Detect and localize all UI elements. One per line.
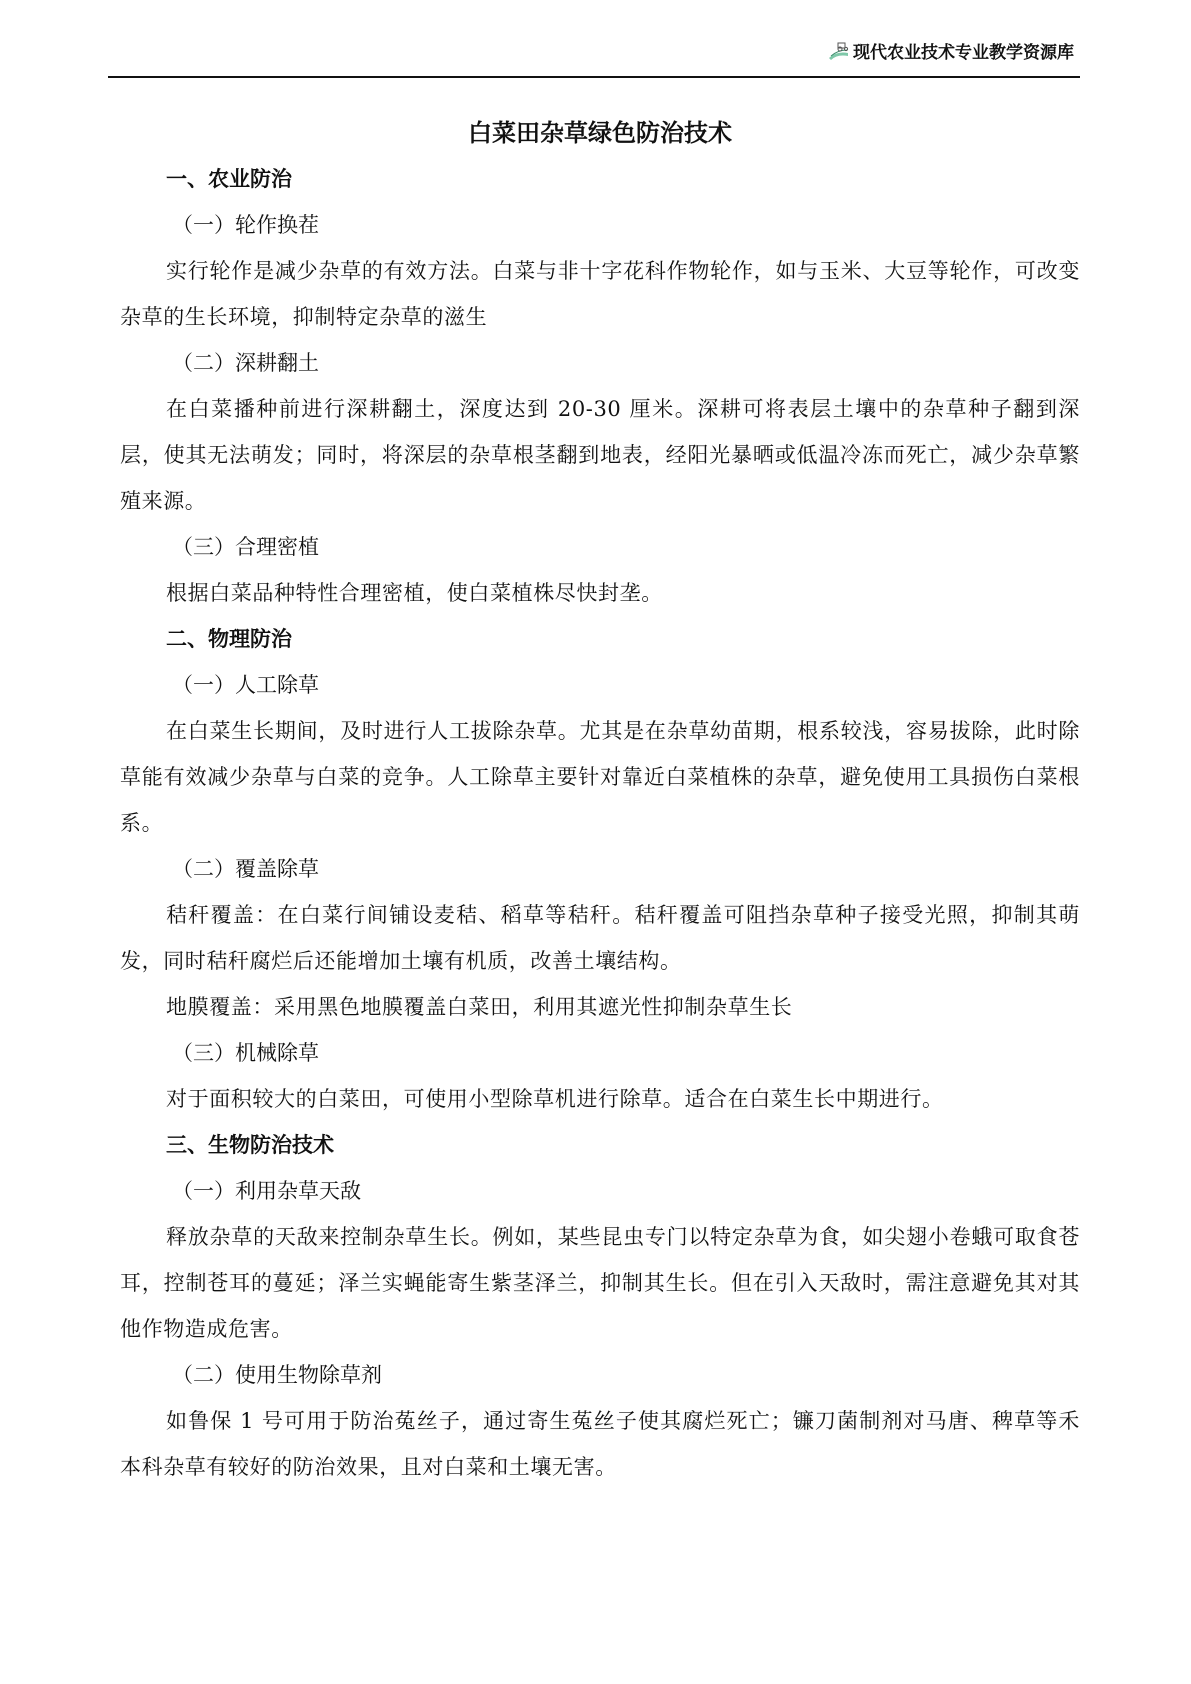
paragraph: 秸秆覆盖：在白菜行间铺设麦秸、稻草等秸秆。秸秆覆盖可阻挡杂草种子接受光照，抑制其… (120, 892, 1080, 984)
section-heading: 二、物理防治 (120, 616, 1080, 662)
header-brand: 现代农业技术专业教学资源库 (828, 38, 1074, 63)
paragraph: 地膜覆盖：采用黑色地膜覆盖白菜田，利用其遮光性抑制杂草生长 (120, 984, 1080, 1030)
subsection-heading: （二）覆盖除草 (120, 846, 1080, 892)
subsection-heading: （二）使用生物除草剂 (120, 1352, 1080, 1398)
section-heading: 一、农业防治 (120, 156, 1080, 202)
paragraph: 根据白菜品种特性合理密植，使白菜植株尽快封垄。 (120, 570, 1080, 616)
subsection-heading: （一）利用杂草天敌 (120, 1168, 1080, 1214)
brand-text: 现代农业技术专业教学资源库 (853, 38, 1074, 63)
paragraph: 在白菜播种前进行深耕翻土，深度达到 20-30 厘米。深耕可将表层土壤中的杂草种… (120, 386, 1080, 524)
tractor-field-icon (828, 41, 850, 61)
paragraph: 对于面积较大的白菜田，可使用小型除草机进行除草。适合在白菜生长中期进行。 (120, 1076, 1080, 1122)
subsection-heading: （一）人工除草 (120, 662, 1080, 708)
subsection-heading: （一）轮作换茬 (120, 202, 1080, 248)
document-body: 白菜田杂草绿色防治技术 一、农业防治 （一）轮作换茬 实行轮作是减少杂草的有效方… (120, 110, 1080, 1490)
paragraph: 在白菜生长期间，及时进行人工拔除杂草。尤其是在杂草幼苗期，根系较浅，容易拔除，此… (120, 708, 1080, 846)
paragraph: 实行轮作是减少杂草的有效方法。白菜与非十字花科作物轮作，如与玉米、大豆等轮作，可… (120, 248, 1080, 340)
page-header: 现代农业技术专业教学资源库 (108, 36, 1080, 80)
document-title: 白菜田杂草绿色防治技术 (120, 110, 1080, 156)
header-divider (108, 76, 1080, 78)
paragraph: 如鲁保 1 号可用于防治菟丝子，通过寄生菟丝子使其腐烂死亡；镰刀菌制剂对马唐、稗… (120, 1398, 1080, 1490)
subsection-heading: （三）机械除草 (120, 1030, 1080, 1076)
section-heading: 三、生物防治技术 (120, 1122, 1080, 1168)
subsection-heading: （三）合理密植 (120, 524, 1080, 570)
paragraph: 释放杂草的天敌来控制杂草生长。例如，某些昆虫专门以特定杂草为食，如尖翅小卷蛾可取… (120, 1214, 1080, 1352)
subsection-heading: （二）深耕翻土 (120, 340, 1080, 386)
